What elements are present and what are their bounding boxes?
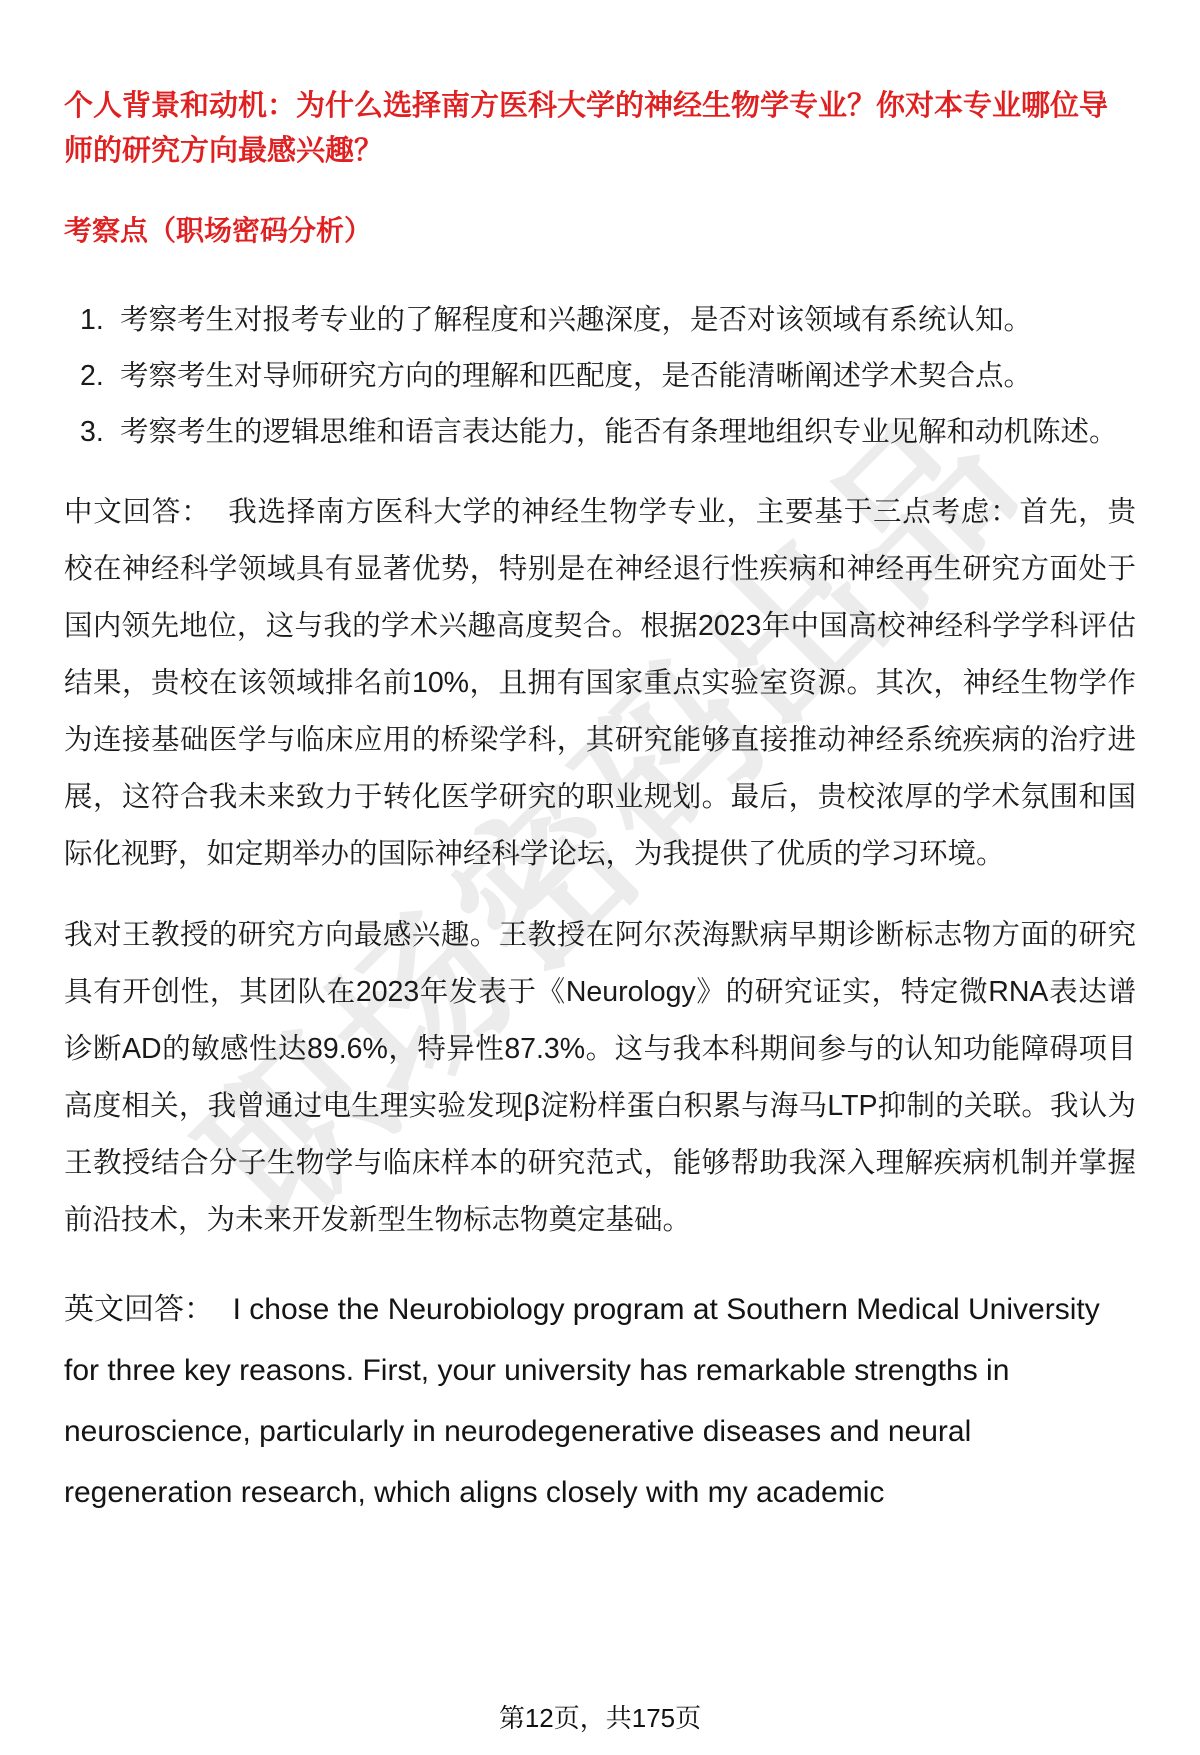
- list-item-number: 1.: [80, 292, 104, 348]
- page-content: 个人背景和动机：为什么选择南方医科大学的神经生物学专业？你对本专业哪位导师的研究…: [0, 0, 1200, 1523]
- chinese-answer-paragraph-1: 中文回答：我选择南方医科大学的神经生物学专业，主要基于三点考虑：首先，贵校在神经…: [64, 484, 1136, 883]
- exam-point-item: 1. 考察考生对报考专业的了解程度和兴趣深度，是否对该领域有系统认知。: [64, 292, 1136, 348]
- question-heading: 个人背景和动机：为什么选择南方医科大学的神经生物学专业？你对本专业哪位导师的研究…: [64, 84, 1136, 174]
- exam-points-heading: 考察点（职场密码分析）: [64, 214, 1136, 248]
- list-item-number: 2.: [80, 348, 104, 404]
- chinese-answer-paragraph-2: 我对王教授的研究方向最感兴趣。王教授在阿尔茨海默病早期诊断标志物方面的研究具有开…: [64, 907, 1136, 1249]
- exam-point-item: 2. 考察考生对导师研究方向的理解和匹配度，是否能清晰阐述学术契合点。: [64, 348, 1136, 404]
- exam-point-item: 3. 考察考生的逻辑思维和语言表达能力，能否有条理地组织专业见解和动机陈述。: [64, 404, 1136, 460]
- chinese-answer-label: 中文回答：: [64, 496, 211, 528]
- english-answer-paragraph: 英文回答：I chose the Neurobiology program at…: [64, 1279, 1136, 1523]
- page-number: 第12页，共175页: [0, 1698, 1200, 1735]
- list-item-text: 考察考生的逻辑思维和语言表达能力，能否有条理地组织专业见解和动机陈述。: [120, 416, 1118, 448]
- list-item-number: 3.: [80, 404, 104, 460]
- english-answer-text: I chose the Neurobiology program at Sout…: [64, 1293, 1100, 1509]
- document-page: 职场密码出品 个人背景和动机：为什么选择南方医科大学的神经生物学专业？你对本专业…: [0, 0, 1200, 1755]
- list-item-text: 考察考生对报考专业的了解程度和兴趣深度，是否对该领域有系统认知。: [120, 304, 1032, 336]
- exam-points-list: 1. 考察考生对报考专业的了解程度和兴趣深度，是否对该领域有系统认知。 2. 考…: [64, 292, 1136, 460]
- list-item-text: 考察考生对导师研究方向的理解和匹配度，是否能清晰阐述学术契合点。: [120, 360, 1032, 392]
- chinese-answer-text-1: 我选择南方医科大学的神经生物学专业，主要基于三点考虑：首先，贵校在神经科学领域具…: [64, 496, 1136, 870]
- english-answer-label: 英文回答：: [64, 1293, 214, 1326]
